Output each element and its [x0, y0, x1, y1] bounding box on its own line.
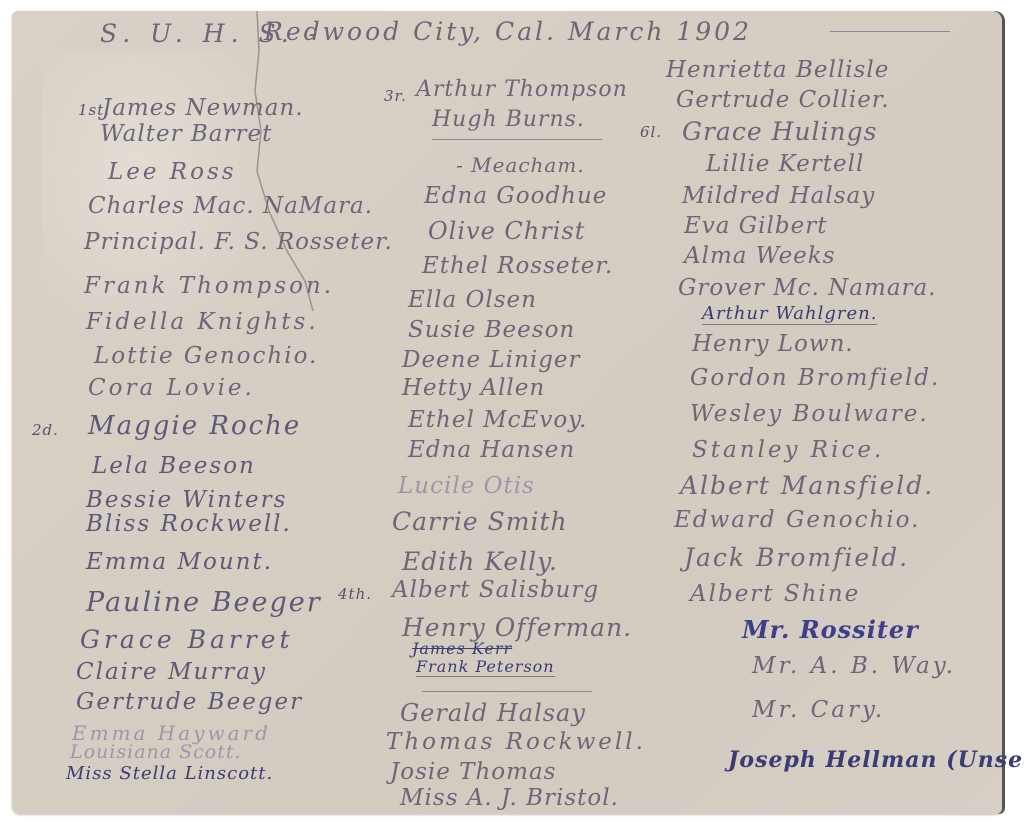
name-entry: Pauline Beeger	[86, 587, 322, 618]
name-entry: Gerald Halsay	[400, 699, 586, 727]
name-entry: Susie Beeson	[408, 317, 575, 343]
name-entry: Mildred Halsay	[682, 183, 875, 209]
name-entry: Hetty Allen	[402, 375, 545, 401]
name-entry: Deene Liniger	[402, 347, 581, 373]
name-entry: - Meacham.	[456, 153, 585, 177]
divider-rule	[432, 139, 602, 140]
name-entry: Claire Murray	[76, 659, 267, 685]
name-entry: Carrie Smith	[392, 507, 568, 536]
name-entry: Gertrude Beeger	[76, 689, 303, 715]
name-entry: Albert Mansfield.	[680, 471, 934, 500]
name-entry-ink: Joseph Hellman (Unseen)	[728, 747, 1024, 773]
name-entry: Grace Hulings	[682, 117, 877, 146]
divider-rule	[422, 691, 592, 692]
margin-mark-4th: 4th.	[338, 585, 372, 603]
name-entry: Josie Thomas	[390, 759, 556, 785]
name-entry: Eva Gilbert	[684, 213, 827, 239]
name-entry: Gordon Bromfield.	[690, 365, 940, 391]
name-entry: Jack Bromfield.	[684, 543, 909, 572]
name-entry: Henry Offerman.	[402, 613, 632, 642]
name-entry: Ella Olsen	[408, 287, 537, 313]
name-entry: James Newman.	[102, 95, 304, 121]
name-entry: Arthur Wahlgren.	[702, 303, 877, 325]
name-entry: Louisiana Scott.	[70, 741, 242, 763]
name-entry: Ethel McEvoy.	[408, 407, 587, 433]
margin-mark-3r: 3r.	[384, 87, 407, 105]
name-entry: Henrietta Bellisle	[666, 57, 889, 83]
header-rule	[830, 31, 950, 32]
name-entry: Lillie Kertell	[706, 151, 864, 177]
name-entry: Frank Thompson.	[84, 273, 334, 299]
name-entry: Albert Shine	[690, 581, 860, 607]
name-entry: Miss Stella Linscott.	[66, 763, 273, 784]
name-entry: Maggie Roche	[88, 411, 301, 441]
name-entry: Principal. F. S. Rosseter.	[84, 229, 393, 255]
name-entry: Cora Lovie.	[88, 375, 255, 401]
name-entry: Edith Kelly.	[402, 547, 558, 576]
margin-mark-2d: 2d.	[32, 421, 59, 439]
name-entry: Mr. Cary.	[752, 697, 885, 723]
name-entry: Bliss Rockwell.	[86, 511, 292, 537]
name-entry: Lottie Genochio.	[94, 343, 318, 369]
name-entry: Walter Barret	[100, 121, 272, 147]
name-entry: Fidella Knights.	[86, 309, 319, 335]
name-entry: Mr. A. B. Way.	[752, 653, 956, 679]
name-entry: Stanley Rice.	[692, 437, 884, 463]
name-entry: Hugh Burns.	[432, 107, 585, 132]
name-entry: Olive Christ	[428, 217, 585, 245]
name-entry: Wesley Boulware.	[690, 401, 929, 427]
name-entry: Albert Salisburg	[392, 577, 599, 603]
name-entry: Miss A. J. Bristol.	[400, 785, 619, 811]
name-entry: Emma Mount.	[86, 549, 273, 575]
margin-mark-6l: 6l.	[640, 123, 662, 141]
name-entry: Edna Goodhue	[424, 183, 607, 209]
name-entry: Arthur Thompson	[416, 77, 628, 102]
signature-card: S. U. H. S. - Redwood City, Cal. March 1…	[12, 11, 1002, 814]
name-entry: Henry Lown.	[692, 331, 854, 357]
header-place-date: Redwood City, Cal. March 1902	[264, 17, 752, 46]
name-entry: Alma Weeks	[684, 243, 836, 269]
name-entry-ink: Mr. Rossiter	[742, 615, 919, 644]
name-entry: Lucile Otis	[398, 473, 535, 499]
name-entry: Edna Hansen	[408, 437, 575, 463]
name-entry: Bessie Winters	[86, 487, 287, 513]
name-entry: Thomas Rockwell.	[386, 729, 646, 755]
name-entry: Lela Beeson	[92, 453, 256, 479]
underlined-name: Frank Peterson	[416, 657, 555, 677]
name-entry: Charles Mac. NaMara.	[88, 193, 373, 219]
name-entry: Ethel Rosseter.	[422, 253, 613, 279]
name-entry: Lee Ross	[108, 159, 237, 185]
name-entry: Grace Barret	[80, 625, 294, 654]
name-entry: Gertrude Collier.	[676, 87, 890, 113]
name-entry: Edward Genochio.	[674, 507, 920, 533]
name-entry: Grover Mc. Namara.	[678, 275, 937, 301]
crossed-out-name: James Kerr	[412, 639, 512, 658]
